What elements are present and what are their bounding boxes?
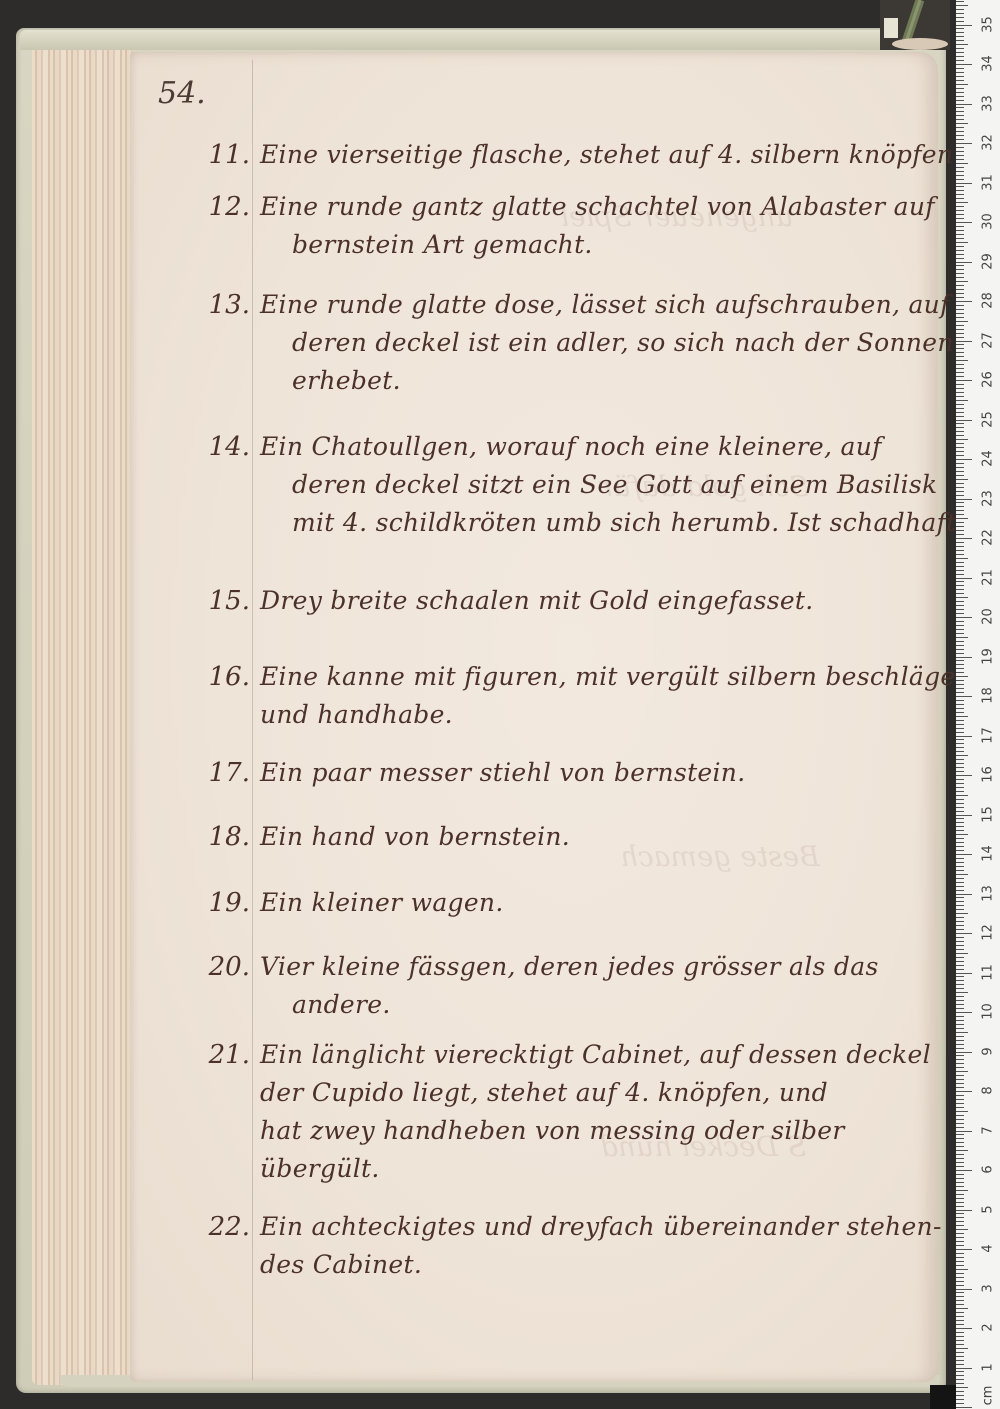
ruler-tick	[956, 822, 964, 823]
entry-line: Ein hand von bernstein.	[260, 818, 570, 856]
entry-number: 20.	[200, 952, 250, 982]
ruler-tick	[956, 1277, 964, 1278]
ruler-tick	[956, 313, 964, 314]
ruler-tick	[956, 712, 964, 713]
ruler-tick	[956, 692, 964, 693]
ruler-label: 7	[981, 1120, 996, 1140]
ruler-tick	[956, 566, 964, 567]
ruler-tick	[956, 143, 972, 144]
ruler-tick	[956, 751, 964, 752]
ruler-tick	[956, 1162, 964, 1163]
ruler-tick	[956, 1324, 964, 1325]
ruler-tick	[956, 439, 968, 440]
ruler-tick	[956, 1008, 964, 1009]
ruler-tick	[956, 1304, 964, 1305]
entry-number: 18.	[200, 822, 250, 852]
ruler-tick	[956, 297, 964, 298]
ruler-tick	[956, 265, 964, 266]
ruler-tick	[956, 1044, 964, 1045]
cover-top-edge	[20, 30, 930, 50]
ruler-tick	[956, 1123, 964, 1124]
entry-line: und handhabe.	[260, 696, 955, 734]
ruler-tick	[956, 258, 964, 259]
entry-number: 15.	[200, 586, 250, 616]
ruler-tick	[956, 301, 972, 302]
ruler-tick	[956, 795, 968, 796]
ruler-tick	[956, 281, 968, 282]
ruler-tick	[956, 724, 964, 725]
ruler-tick	[956, 175, 964, 176]
ruler-label: 10	[981, 1002, 996, 1022]
ruler-tick	[956, 104, 972, 105]
ruler-tick	[956, 921, 964, 922]
ruler-tick	[956, 1, 964, 2]
ruler-tick	[956, 1245, 964, 1246]
ruler-tick	[956, 1115, 964, 1116]
ruler-tick	[956, 672, 964, 673]
ruler-tick	[956, 870, 964, 871]
ruler-tick	[956, 72, 964, 73]
ruler-label: 1	[981, 1357, 996, 1377]
entry-number: 12.	[200, 192, 250, 222]
ruler-tick	[956, 905, 964, 906]
ruler-label: 35	[981, 14, 996, 34]
ruler-tick	[956, 1387, 968, 1388]
ruler-tick	[956, 1360, 964, 1361]
ruler-tick	[956, 1206, 964, 1207]
ruler-tick	[956, 704, 964, 705]
ruler-label: 13	[981, 883, 996, 903]
ruler-tick	[956, 412, 964, 413]
ruler-tick	[956, 1332, 964, 1333]
ruler-label: 12	[981, 923, 996, 943]
ruler-label: 21	[981, 567, 996, 587]
entry-line: übergült.	[260, 1150, 931, 1188]
ruler-tick	[956, 897, 964, 898]
ruler-tick	[956, 463, 964, 464]
ruler-tick	[956, 1134, 964, 1135]
ruler-label: 33	[981, 93, 996, 113]
ruler-tick	[956, 1194, 964, 1195]
ruler-tick	[956, 1091, 972, 1092]
ruler-tick	[956, 550, 964, 551]
ruler-tick	[956, 518, 968, 519]
ruler-tick	[956, 1379, 964, 1380]
ruler-tick	[956, 1083, 964, 1084]
ruler-tick	[956, 605, 964, 606]
ruler-tick	[956, 202, 968, 203]
ruler-tick	[956, 1320, 964, 1321]
ruler-tick	[956, 901, 964, 902]
entry-line: deren deckel ist ein adler, so sich nach…	[260, 324, 954, 362]
ruler-tick	[956, 1407, 972, 1408]
ruler-tick	[956, 186, 964, 187]
ruler-tick	[956, 534, 964, 535]
ruler-tick	[956, 787, 964, 788]
ruler-tick	[956, 1364, 964, 1365]
ruler-tick	[956, 135, 964, 136]
ruler-tick	[956, 949, 964, 950]
ruler-tick	[956, 151, 964, 152]
ruler-tick	[956, 562, 964, 563]
ruler-label: 19	[981, 646, 996, 666]
ruler-tick	[956, 183, 972, 184]
ruler-label: 14	[981, 844, 996, 864]
ruler-tick	[956, 1269, 968, 1270]
ruler-tick	[956, 1067, 964, 1068]
ruler-label: 5	[981, 1199, 996, 1219]
entry-line: Eine kanne mit figuren, mit vergült silb…	[260, 658, 955, 696]
ruler-tick	[956, 325, 964, 326]
ruler-tick	[956, 1296, 964, 1297]
ruler-tick	[956, 84, 968, 85]
ruler-tick	[956, 1071, 968, 1072]
ruler-tick	[956, 933, 972, 934]
ruler-tick	[956, 226, 964, 227]
ruler-tick	[956, 423, 964, 424]
ruler-tick	[956, 499, 972, 500]
ruler-tick	[956, 637, 968, 638]
ruler-tick	[956, 818, 964, 819]
ruler-tick	[956, 1016, 964, 1017]
ruler-tick	[956, 945, 964, 946]
ruler-tick	[956, 234, 964, 235]
ruler-tick	[956, 68, 964, 69]
ruler-tick	[956, 633, 964, 634]
entry-number: 14.	[200, 432, 250, 462]
folio-number: 54.	[158, 76, 206, 111]
ruler-tick	[956, 613, 964, 614]
ruler-tick	[956, 1000, 964, 1001]
ruler-tick	[956, 344, 964, 345]
ruler-tick	[956, 495, 964, 496]
ruler-tick	[956, 443, 964, 444]
ruler-tick	[956, 941, 964, 942]
ruler-tick	[956, 846, 964, 847]
ruler-tick	[956, 250, 964, 251]
ruler-tick	[956, 720, 964, 721]
ruler-tick	[956, 554, 964, 555]
ruler-tick	[956, 688, 964, 689]
ruler-tick	[956, 159, 964, 160]
ruler-tick	[956, 28, 964, 29]
binding-string-icon	[880, 0, 950, 50]
ruler-tick	[956, 1186, 964, 1187]
ruler-tick	[956, 1340, 964, 1341]
ruler-tick	[956, 992, 968, 993]
ruler-tick	[956, 882, 964, 883]
ruler-tick	[956, 965, 964, 966]
ruler-tick	[956, 179, 964, 180]
ruler-tick	[956, 1257, 964, 1258]
ruler-tick	[956, 467, 964, 468]
ruler-tick	[956, 1099, 964, 1100]
ruler-label: 28	[981, 291, 996, 311]
ruler-tick	[956, 40, 964, 41]
ruler-tick	[956, 1391, 964, 1392]
ruler-tick	[956, 348, 964, 349]
entry-line: Ein länglicht vierecktigt Cabinet, auf d…	[260, 1036, 931, 1074]
entry-line: Ein achteckigtes und dreyfach übereinand…	[260, 1208, 942, 1246]
ruler-tick	[956, 664, 964, 665]
ruler-tick	[956, 601, 964, 602]
ruler-tick	[956, 874, 968, 875]
ruler-tick	[956, 1210, 972, 1211]
ruler-tick	[956, 431, 964, 432]
ruler-tick	[956, 388, 964, 389]
ruler-tick	[956, 254, 964, 255]
ruler-tick	[956, 803, 964, 804]
ruler-tick	[956, 238, 964, 239]
ruler-tick	[956, 581, 964, 582]
entry-line: deren deckel sitzt ein See Gott auf eine…	[260, 466, 965, 504]
ruler-tick	[956, 969, 964, 970]
ruler-tick	[956, 1079, 964, 1080]
ruler-tick	[956, 1281, 964, 1282]
ruler-tick	[956, 100, 964, 101]
ruler-tick	[956, 368, 964, 369]
ruler-tick	[956, 1063, 964, 1064]
ruler-tick	[956, 779, 964, 780]
ruler-label: 30	[981, 212, 996, 232]
ruler-tick	[956, 17, 964, 18]
ruler-tick	[956, 416, 964, 417]
ruler-tick	[956, 1036, 964, 1037]
ruler-tick	[956, 1040, 964, 1041]
ruler-label: 26	[981, 370, 996, 390]
ruler-label: 9	[981, 1041, 996, 1061]
ruler-tick	[956, 1399, 964, 1400]
ruler-tick	[956, 510, 964, 511]
ruler-tick	[956, 641, 964, 642]
ruler-tick	[956, 273, 964, 274]
ruler-tick	[956, 811, 964, 812]
ruler-tick	[956, 1119, 964, 1120]
ruler-tick	[956, 570, 964, 571]
ruler-tick	[956, 589, 964, 590]
ruler-tick	[956, 961, 964, 962]
entry-line: erhebet.	[260, 362, 954, 400]
ruler-tick	[956, 1300, 964, 1301]
ruler-tick	[956, 759, 964, 760]
ruler-tick	[956, 198, 964, 199]
ruler-tick	[956, 392, 964, 393]
ruler-tick	[956, 894, 972, 895]
ruler-tick	[956, 593, 964, 594]
ruler-tick	[956, 25, 972, 26]
ruler-tick	[956, 277, 964, 278]
ruler-tick	[956, 491, 964, 492]
ruler-tick	[956, 309, 964, 310]
ruler-tick	[956, 830, 964, 831]
ruler-tick	[956, 190, 964, 191]
ruler-tick	[956, 653, 964, 654]
ruler-tick	[956, 917, 964, 918]
entry-line: Eine runde gantz glatte schachtel von Al…	[260, 188, 935, 226]
ruler-tick	[956, 13, 964, 14]
ruler-tick	[956, 76, 964, 77]
ruler-tick	[956, 850, 964, 851]
ruler-tick	[956, 396, 964, 397]
ruler-tick	[956, 475, 964, 476]
ruler-tick	[956, 56, 964, 57]
ruler-tick	[956, 771, 964, 772]
measurement-ruler: cm 1234567891011121314151617181920212223…	[956, 0, 1000, 1409]
ruler-tick	[956, 1395, 964, 1396]
entry-number: 22.	[200, 1212, 250, 1242]
ruler-tick	[956, 538, 972, 539]
ruler-tick	[956, 700, 964, 701]
ruler-tick	[956, 1368, 972, 1369]
ruler-label: 32	[981, 133, 996, 153]
entry-line: bernstein Art gemacht.	[260, 226, 935, 264]
ruler-label: 29	[981, 251, 996, 271]
ruler-tick	[956, 384, 964, 385]
ruler-tick	[956, 708, 964, 709]
entry-number: 19.	[200, 888, 250, 918]
entry-line: Drey breite schaalen mit Gold eingefasse…	[260, 582, 814, 620]
ruler-label: 27	[981, 330, 996, 350]
ruler-tick	[956, 127, 964, 128]
ruler-tick	[956, 657, 972, 658]
ruler-tick	[956, 1075, 964, 1076]
ruler-label: 23	[981, 488, 996, 508]
ruler-tick	[956, 858, 964, 859]
ruler-tick	[956, 400, 968, 401]
ruler-label: 24	[981, 449, 996, 469]
ruler-tick	[956, 1352, 964, 1353]
ruler-label: 22	[981, 528, 996, 548]
ruler-tick	[956, 107, 964, 108]
ruler-tick	[956, 1190, 968, 1191]
ruler-tick	[956, 1253, 964, 1254]
ruler-tick	[956, 1213, 964, 1214]
ruler-tick	[956, 973, 972, 974]
ruler-tick	[956, 1344, 964, 1345]
ruler-tick	[956, 546, 964, 547]
ruler-tick	[956, 242, 968, 243]
ruler-tick	[956, 526, 964, 527]
ruler-label: 17	[981, 725, 996, 745]
ruler-tick	[956, 341, 972, 342]
ruler-tick	[956, 333, 964, 334]
ruler-tick	[956, 609, 964, 610]
ruler-tick	[956, 862, 964, 863]
ruler-tick	[956, 1052, 972, 1053]
ruler-label: 16	[981, 765, 996, 785]
manuscript-scan: ungeheuer Spiel Sch gold dafür Beste gem…	[0, 0, 1000, 1409]
ruler-tick	[956, 1127, 964, 1128]
ruler-tick	[956, 680, 964, 681]
margin-rule	[252, 60, 253, 1380]
ruler-tick	[956, 696, 972, 697]
ruler-label: 34	[981, 54, 996, 74]
entry-line: mit 4. schildkröten umb sich herumb. Ist…	[260, 504, 965, 542]
ruler-tick	[956, 617, 972, 618]
ruler-tick	[956, 645, 964, 646]
ruler-tick	[956, 815, 972, 816]
ruler-tick	[956, 60, 964, 61]
ruler-tick	[956, 1403, 964, 1404]
ruler-tick	[956, 119, 964, 120]
ruler-tick	[956, 246, 964, 247]
ruler-tick	[956, 984, 964, 985]
ruler-tick	[956, 502, 964, 503]
entry-line: hat zwey handheben von messing oder silb…	[260, 1112, 931, 1150]
ruler-tick	[956, 427, 964, 428]
ruler-tick	[956, 262, 972, 263]
ruler-tick	[956, 115, 964, 116]
entry-line: Ein paar messer stiehl von bernstein.	[260, 754, 745, 792]
page-edges	[32, 50, 132, 1385]
entry-line: andere.	[260, 986, 879, 1024]
ruler-tick	[956, 1241, 964, 1242]
ruler-tick	[956, 139, 964, 140]
ruler-tick	[956, 739, 964, 740]
ruler-tick	[956, 1328, 972, 1329]
ruler-tick	[956, 1261, 964, 1262]
ruler-tick	[956, 230, 964, 231]
ruler-tick	[956, 289, 964, 290]
ruler-tick	[956, 1028, 964, 1029]
ruler-tick	[956, 763, 964, 764]
ruler-tick	[956, 420, 972, 421]
ruler-tick	[956, 483, 964, 484]
ruler-tick	[956, 668, 964, 669]
ruler-tick	[956, 329, 964, 330]
ruler-tick	[956, 791, 964, 792]
ruler-label: 25	[981, 409, 996, 429]
ruler-tick	[956, 1150, 968, 1151]
ruler-tick	[956, 1383, 964, 1384]
ruler-tick	[956, 293, 964, 294]
entry-line: Eine runde glatte dose, lässet sich aufs…	[260, 286, 954, 324]
ruler-tick	[956, 834, 968, 835]
ruler-tick	[956, 1273, 964, 1274]
entry-number: 11.	[200, 140, 250, 170]
ruler-tick	[956, 1348, 968, 1349]
ruler-tick	[956, 1174, 964, 1175]
ruler-tick	[956, 1166, 964, 1167]
ruler-label: 20	[981, 607, 996, 627]
ruler-label: 3	[981, 1278, 996, 1298]
ruler-tick	[956, 210, 964, 211]
ruler-tick	[956, 585, 964, 586]
ruler-tick	[956, 826, 964, 827]
ruler-tick	[956, 1233, 964, 1234]
entry-line: Ein Chatoullgen, worauf noch eine kleine…	[260, 428, 965, 466]
ruler-tick	[956, 957, 964, 958]
ruler-tick	[956, 380, 972, 381]
ruler-tick	[956, 455, 964, 456]
ruler-tick	[956, 929, 964, 930]
ruler-tick	[956, 542, 964, 543]
ruler-tick	[956, 1146, 964, 1147]
ruler-tick	[956, 728, 964, 729]
ruler-tick	[956, 1371, 964, 1372]
ruler-tick	[956, 206, 964, 207]
ruler-tick	[956, 435, 964, 436]
ruler-tick	[956, 732, 964, 733]
entry-line: Vier kleine fässgen, deren jedes grösser…	[260, 948, 879, 986]
ruler-tick	[956, 360, 968, 361]
ruler-tick	[956, 838, 964, 839]
ruler-tick	[956, 925, 964, 926]
ruler-label: 31	[981, 172, 996, 192]
ruler-tick	[956, 36, 964, 37]
ruler-tick	[956, 1289, 972, 1290]
ruler-tick	[956, 305, 964, 306]
